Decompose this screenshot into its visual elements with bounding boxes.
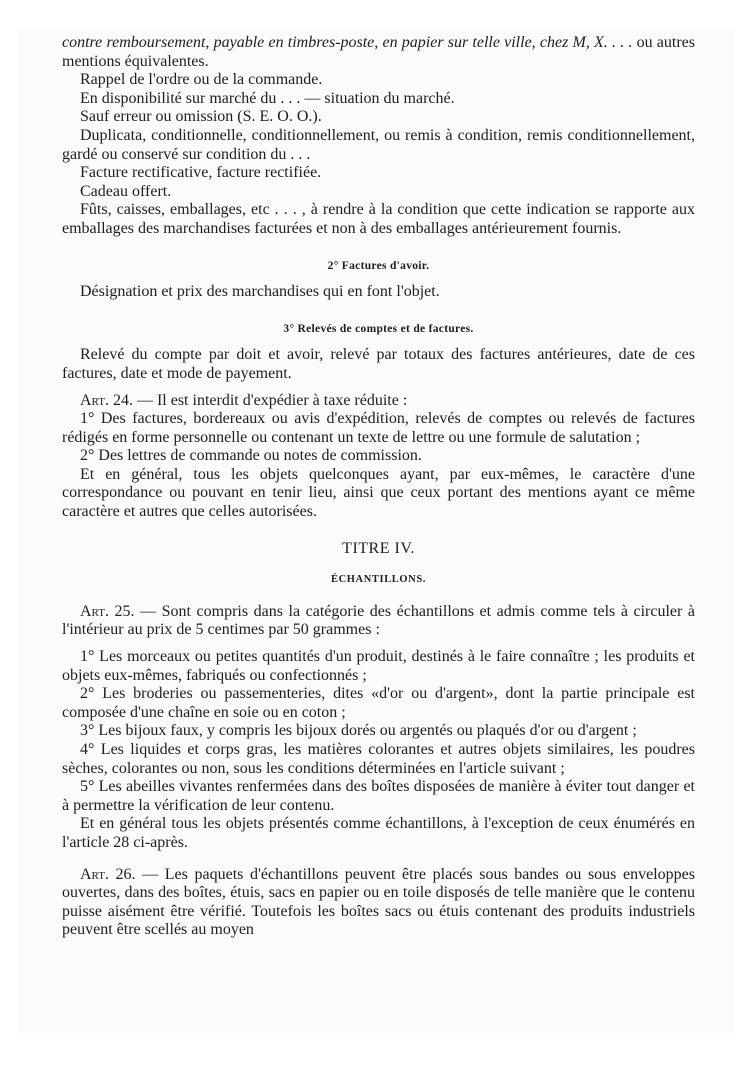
entry-rappel: Rappel de l'ordre ou de la commande. <box>62 71 695 90</box>
entry-facture-rectificative: Facture rectificative, facture rectifiée… <box>62 164 695 183</box>
article-24-item-2: 2° Des lettres de commande ou notes de c… <box>62 447 695 466</box>
spacer <box>62 275 695 283</box>
spacer <box>62 338 695 346</box>
article-24-intro-text: — Il est interdit d'expédier à taxe rédu… <box>133 392 407 409</box>
article-25-item-5: 5° Les abeilles vivantes renfermées dans… <box>62 778 695 815</box>
entry-duplicata: Duplicata, conditionnelle, conditionnell… <box>62 127 695 164</box>
section-heading-releves: 3° Relevés de comptes et de factures. <box>62 320 695 339</box>
article-25-closing: Et en général tous les objets présentés … <box>62 815 695 852</box>
spacer <box>62 302 695 320</box>
section-text-factures-avoir: Désignation et prix des marchandises qui… <box>62 283 695 302</box>
article-24-closing: Et en général, tous les objets quelconqu… <box>62 466 695 522</box>
continuation-paragraph: contre remboursement, payable en timbres… <box>62 34 695 71</box>
entry-futs: Fûts, caisses, emballages, etc . . . , à… <box>62 201 695 238</box>
continuation-italic: contre remboursement, payable en timbres… <box>62 34 632 51</box>
section-heading-factures-avoir: 2° Factures d'avoir. <box>62 257 695 276</box>
spacer <box>62 522 695 540</box>
article-25-intro: Art. 25. — Sont compris dans la catégori… <box>62 603 695 640</box>
spacer <box>62 384 695 392</box>
spacer <box>62 853 695 866</box>
article-25-label: Art. 25. <box>80 603 135 620</box>
entry-cadeau: Cadeau offert. <box>62 183 695 202</box>
article-24-intro: Art. 24. — Il est interdit d'expédier à … <box>62 392 695 411</box>
article-24-item-1: 1° Des factures, bordereaux ou avis d'ex… <box>62 410 695 447</box>
titre-heading: TITRE IV. <box>62 540 695 559</box>
entry-disponibilite: En disponibilité sur marché du . . . — s… <box>62 90 695 109</box>
article-26-paragraph: Art. 26. — Les paquets d'échantillons pe… <box>62 866 695 940</box>
article-25-item-1: 1° Les morceaux ou petites quantités d'u… <box>62 648 695 685</box>
spacer <box>62 590 695 603</box>
titre-subheading: ÉCHANTILLONS. <box>62 571 695 590</box>
article-26-label: Art. 26. <box>80 866 136 883</box>
article-25-intro-text: — Sont compris dans la catégorie des éch… <box>62 603 695 639</box>
spacer <box>62 640 695 648</box>
spacer <box>62 558 695 571</box>
article-24-label: Art. 24. <box>80 392 133 409</box>
article-25-item-3: 3° Les bijoux faux, y compris les bijoux… <box>62 722 695 741</box>
article-26-text: — Les paquets d'échantillons peuvent êtr… <box>62 866 695 939</box>
article-25-item-2: 2° Les broderies ou passementeries, dite… <box>62 685 695 722</box>
spacer <box>62 239 695 257</box>
entry-sauf-erreur: Sauf erreur ou omission (S. E. O. O.). <box>62 108 695 127</box>
document-page: contre remboursement, payable en timbres… <box>62 34 695 940</box>
section-text-releves: Relevé du compte par doit et avoir, rele… <box>62 346 695 383</box>
article-25-item-4: 4° Les liquides et corps gras, les matiè… <box>62 741 695 778</box>
